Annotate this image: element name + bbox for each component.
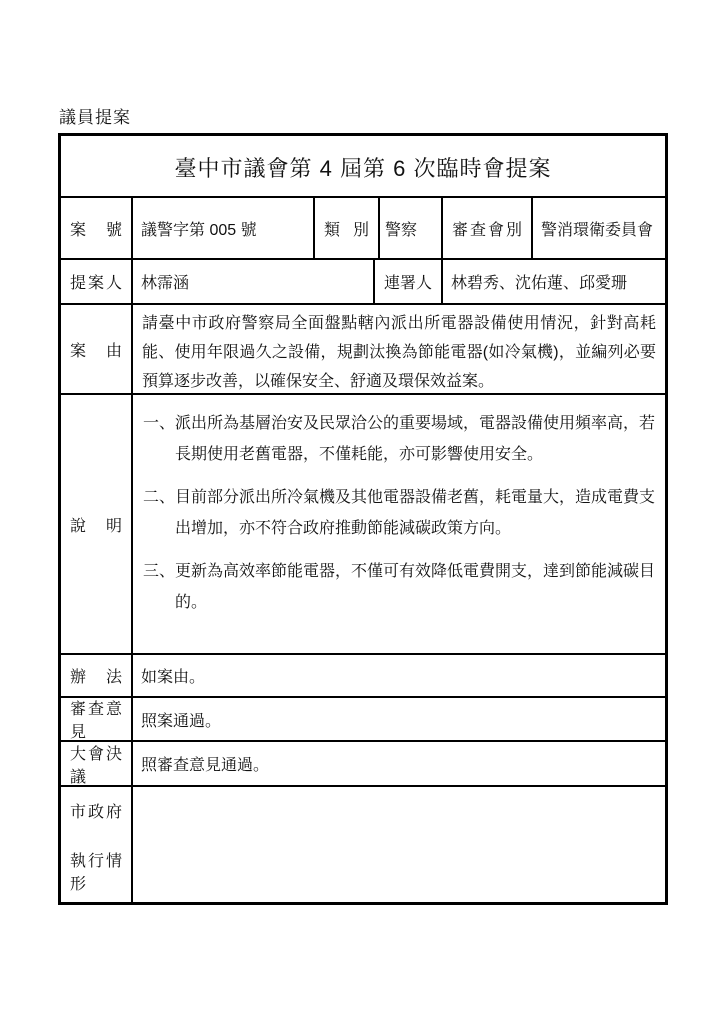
category-value-cell: 警察 [380,198,443,258]
review-opinion-value-cell: 照案通過。 [133,698,665,740]
review-committee-value: 警消環衛委員會 [533,217,661,240]
review-committee-label-cell: 審查會別 [443,198,533,258]
cosigners-label: 連署人 [375,270,441,293]
case-number-value-cell: 議警字第 005 號 [133,198,315,258]
proposer-value: 林霈涵 [133,270,197,293]
review-opinion-value: 照案通過。 [133,708,229,731]
execution-status-row: 市政府 執行情形 [61,787,665,902]
explanation-item-3: 三、更新為高效率節能電器，不僅可有效降低電費開支，達到節能減碳目的。 [143,556,655,618]
explanation-label: 說明 [61,513,131,536]
explanation-item-2: 二、目前部分派出所冷氣機及其他電器設備老舊，耗電量大，造成電費支出增加，亦不符合… [143,482,655,544]
execution-status-label-cell: 市政府 執行情形 [61,787,133,902]
proposal-table: 臺中市議會第 4 屆第 6 次臨時會提案 案號 議警字第 005 號 類別 警察… [58,133,668,905]
case-number-row: 案號 議警字第 005 號 類別 警察 審查會別 警消環衛委員會 [61,198,665,260]
page-title: 臺中市議會第 4 屆第 6 次臨時會提案 [175,152,552,183]
title-row: 臺中市議會第 4 屆第 6 次臨時會提案 [61,136,665,198]
method-value-cell: 如案由。 [133,655,665,696]
category-label-cell: 類別 [315,198,380,258]
subject-row: 案由 請臺中市政府警察局全面盤點轄內派出所電器設備使用情況，針對高耗能、使用年限… [61,305,665,395]
execution-status-label-line1: 市政府 [61,799,131,822]
review-opinion-label: 審查意見 [61,698,131,740]
case-number-label: 案號 [61,217,131,240]
assembly-resolution-value-cell: 照審查意見通過。 [133,742,665,785]
method-row: 辦法 如案由。 [61,655,665,698]
review-opinion-label-cell: 審查意見 [61,698,133,740]
method-label-cell: 辦法 [61,655,133,696]
cosigners-value-cell: 林碧秀、沈佑蓮、邱愛珊 [443,260,665,303]
case-number-value: 議警字第 005 號 [133,217,265,240]
assembly-resolution-row: 大會決議 照審查意見通過。 [61,742,665,787]
assembly-resolution-label-cell: 大會決議 [61,742,133,785]
method-value: 如案由。 [133,664,213,687]
explanation-label-cell: 說明 [61,395,133,653]
cosigners-value: 林碧秀、沈佑蓮、邱愛珊 [443,270,635,293]
proposer-label: 提案人 [61,270,131,293]
assembly-resolution-label: 大會決議 [61,742,131,785]
doc-type-label: 議員提案 [59,103,131,128]
category-value: 警察 [380,217,422,240]
subject-label: 案由 [61,338,131,361]
proposer-value-cell: 林霈涵 [133,260,375,303]
explanation-value-cell: 一、派出所為基層治安及民眾洽公的重要場域，電器設備使用頻率高，若長期使用老舊電器… [133,395,665,653]
title-cell: 臺中市議會第 4 屆第 6 次臨時會提案 [61,136,665,198]
case-number-label-cell: 案號 [61,198,133,258]
review-committee-label: 審查會別 [443,217,531,240]
proposer-row: 提案人 林霈涵 連署人 林碧秀、沈佑蓮、邱愛珊 [61,260,665,305]
review-opinion-row: 審查意見 照案通過。 [61,698,665,742]
category-label: 類別 [315,217,378,240]
explanation-row: 說明 一、派出所為基層治安及民眾洽公的重要場域，電器設備使用頻率高，若長期使用老… [61,395,665,655]
subject-value-cell: 請臺中市政府警察局全面盤點轄內派出所電器設備使用情況，針對高耗能、使用年限過久之… [133,305,665,393]
proposal-document: 議員提案 臺中市議會第 4 屆第 6 次臨時會提案 案號 議警字第 005 號 … [0,0,724,1024]
execution-status-label-line2: 執行情形 [61,848,131,894]
method-label: 辦法 [61,664,131,687]
proposer-label-cell: 提案人 [61,260,133,303]
execution-status-value-cell [133,787,665,902]
review-committee-value-cell: 警消環衛委員會 [533,198,665,258]
subject-label-cell: 案由 [61,305,133,393]
assembly-resolution-value: 照審查意見通過。 [133,752,277,775]
explanation-item-1: 一、派出所為基層治安及民眾洽公的重要場域，電器設備使用頻率高，若長期使用老舊電器… [143,408,655,470]
cosigners-label-cell: 連署人 [375,260,443,303]
